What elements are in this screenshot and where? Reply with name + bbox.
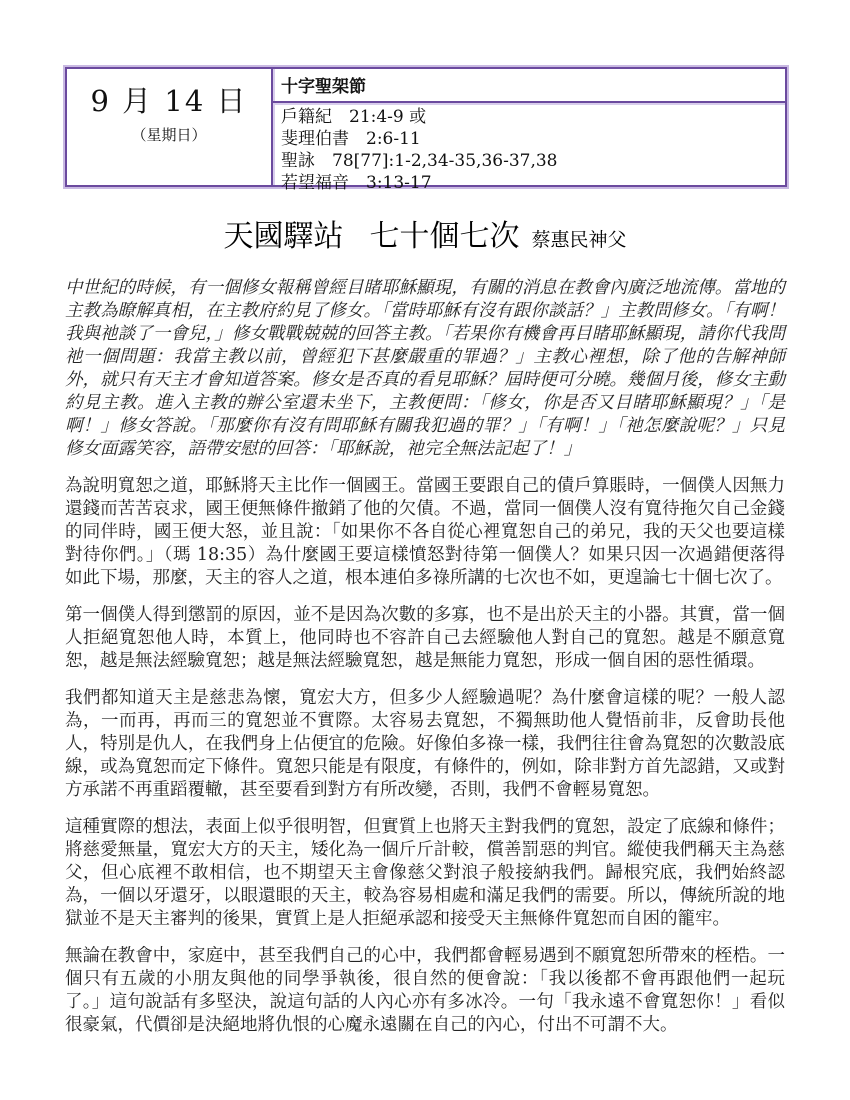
title-author: 蔡惠民神父 <box>531 229 626 251</box>
title-subtitle: 七十個七次 <box>369 219 519 254</box>
paragraph-6: 無論在教會中，家庭中，甚至我們自己的心中，我們都會輕易遇到不願寬恕所帶來的桎梏。… <box>65 945 785 1037</box>
feast-name: 十字聖架節 <box>273 69 785 103</box>
document-page: 9 月 14 日 （星期日） 十字聖架節 戶籍紀 21:4-9 或 斐理伯書 2… <box>0 0 850 1100</box>
article-body: 中世紀的時候，有一個修女報稱曾經目睹耶穌顯現，有關的消息在教會內廣泛地流傳。當地… <box>65 277 785 1037</box>
weekday-text: （星期日） <box>131 124 206 145</box>
title-main: 天國驛站 <box>223 219 343 254</box>
paragraph-4: 我們都知道天主是慈悲為懷，寬宏大方，但多少人經驗過呢？為什麼會這樣的呢？一般人認… <box>65 687 785 802</box>
reading-item: 聖詠 78[77]:1-2,34-35,36-37,38 <box>281 150 777 172</box>
liturgical-calendar-table: 9 月 14 日 （星期日） 十字聖架節 戶籍紀 21:4-9 或 斐理伯書 2… <box>65 67 787 187</box>
paragraph-1: 中世紀的時候，有一個修女報稱曾經目睹耶穌顯現，有關的消息在教會內廣泛地流傳。當地… <box>65 277 785 461</box>
paragraph-2: 為說明寬恕之道，耶穌將天主比作一個國王。當國王要跟自己的債戶算賬時，一個僕人因無… <box>65 475 785 590</box>
paragraph-3: 第一個僕人得到懲罰的原因，並不是因為次數的多寡，也不是出於天主的小器。其實，當一… <box>65 604 785 673</box>
readings-cell: 十字聖架節 戶籍紀 21:4-9 或 斐理伯書 2:6-11 聖詠 78[77]… <box>273 69 785 185</box>
date-text: 9 月 14 日 <box>90 79 247 120</box>
reading-item: 戶籍紀 21:4-9 或 <box>281 106 777 128</box>
reading-item: 若望福音 3:13-17 <box>281 172 777 194</box>
readings-list: 戶籍紀 21:4-9 或 斐理伯書 2:6-11 聖詠 78[77]:1-2,3… <box>273 103 785 197</box>
paragraph-5: 這種實際的想法，表面上似乎很明智，但實質上也將天主對我們的寬恕，設定了底線和條件… <box>65 816 785 931</box>
date-cell: 9 月 14 日 （星期日） <box>67 69 273 185</box>
reading-item: 斐理伯書 2:6-11 <box>281 128 777 150</box>
